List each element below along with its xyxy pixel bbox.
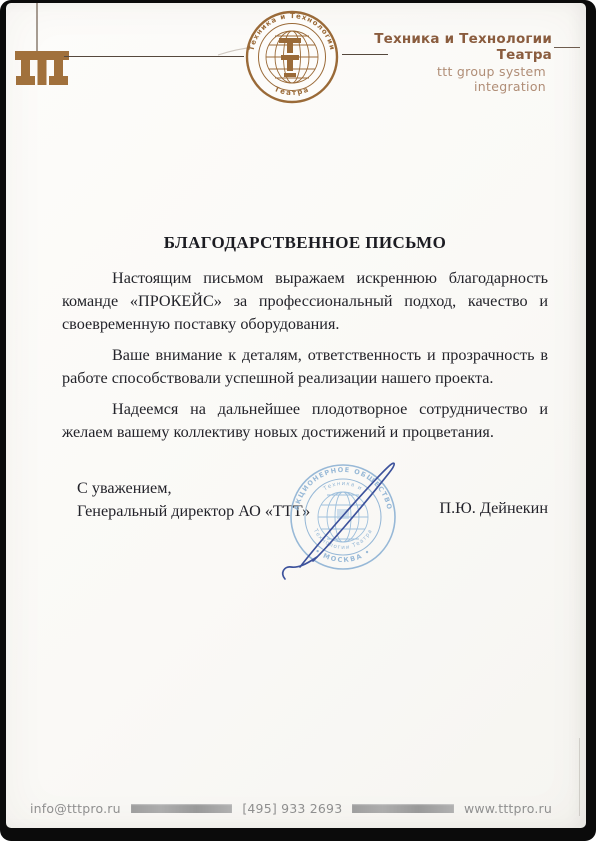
paragraph-3: Надеемся на дальнейшее плодотворное сотр… xyxy=(62,398,548,444)
footer-email: info@tttpro.ru xyxy=(30,801,121,816)
paragraph-1: Настоящим письмом выражаем искреннюю бла… xyxy=(62,267,548,336)
stamp-inner-top-text: Техника и xyxy=(322,481,363,493)
letter-title: БЛАГОДАРСТВЕННОЕ ПИСЬМО xyxy=(62,233,548,253)
footer-phone: [495] 933 2693 xyxy=(242,801,342,816)
footer-divider-bar-left xyxy=(131,804,233,813)
scan-edge-artifact xyxy=(579,738,580,816)
company-emblem-seal-icon: Техника и Технологии Театра xyxy=(244,9,340,105)
company-block: Техника и Технологии Театра ttt group sy… xyxy=(374,31,552,94)
company-stamp-icon: АКЦИОНЕРНОЕ ОБЩЕСТВО • МОСКВА • Техника … xyxy=(275,449,411,585)
paragraph-2: Ваше внимание к деталям, ответственность… xyxy=(62,344,548,390)
footer-divider-bar-right xyxy=(352,804,454,813)
header-rule-right xyxy=(554,47,580,48)
letter-page: Техника и Технологии Театра xyxy=(6,3,586,828)
company-name: Техника и Технологии Театра xyxy=(374,31,552,63)
company-tagline: ttt group system integration xyxy=(374,64,552,94)
letter-body: БЛАГОДАРСТВЕННОЕ ПИСЬМО Настоящим письмо… xyxy=(62,233,548,452)
footer-contact-strip: info@tttpro.ru [495] 933 2693 www.tttpro… xyxy=(30,799,552,817)
scan-border-frame: Техника и Технологии Театра xyxy=(0,0,596,841)
signer-name: П.Ю. Дейнекин xyxy=(439,499,548,518)
svg-text:Техника и: Техника и xyxy=(322,481,363,493)
footer-website: www.tttpro.ru xyxy=(464,801,552,816)
ttt-logo-icon xyxy=(15,3,73,95)
